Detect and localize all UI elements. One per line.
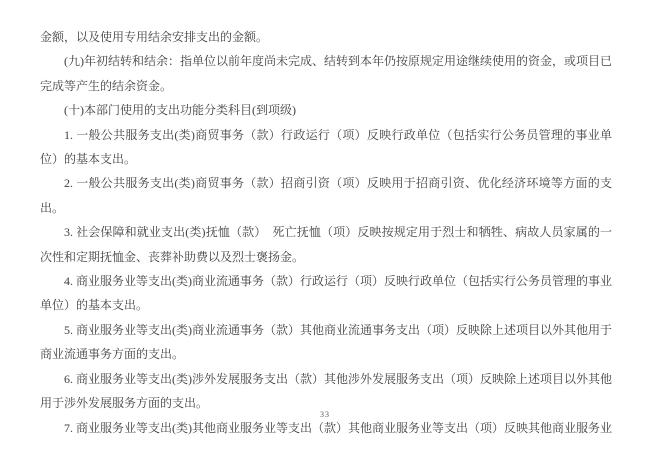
page-number: 33 — [0, 410, 650, 419]
paragraph: 4. 商业服务业等支出(类)商业流通事务（款）行政运行（项）反映行政单位（包括实… — [40, 269, 612, 318]
paragraph: 金额，以及使用专用结余安排支出的金额。 — [40, 25, 612, 49]
paragraph: 2. 一般公共服务支出(类)商贸事务（款）招商引资（项）反映用于招商引资、优化经… — [40, 171, 612, 220]
paragraph: 6. 商业服务业等支出(类)涉外发展服务支出（款）其他涉外发展服务支出（项）反映… — [40, 367, 612, 416]
paragraph: (十)本部门使用的支出功能分类科目(到项级) — [40, 98, 612, 122]
paragraph: 3. 社会保障和就业支出(类)抚恤（款） 死亡抚恤（项）反映按规定用于烈士和牺牲… — [40, 220, 612, 269]
paragraph: 1. 一般公共服务支出(类)商贸事务（款）行政运行（项）反映行政单位（包括实行公… — [40, 123, 612, 172]
paragraph: 7. 商业服务业等支出(类)其他商业服务业等支出（款）其他商业服务业等支出（项）… — [40, 416, 612, 440]
paragraph: (九)年初结转和结余：指单位以前年度尚未完成、结转到本年仍按原规定用途继续使用的… — [40, 49, 612, 98]
document-page: 金额，以及使用专用结余安排支出的金额。(九)年初结转和结余：指单位以前年度尚未完… — [0, 0, 650, 459]
paragraph: 5. 商业服务业等支出(类)商业流通事务（款）其他商业流通事务支出（项）反映除上… — [40, 318, 612, 367]
page-content: 金额，以及使用专用结余安排支出的金额。(九)年初结转和结余：指单位以前年度尚未完… — [40, 25, 612, 440]
